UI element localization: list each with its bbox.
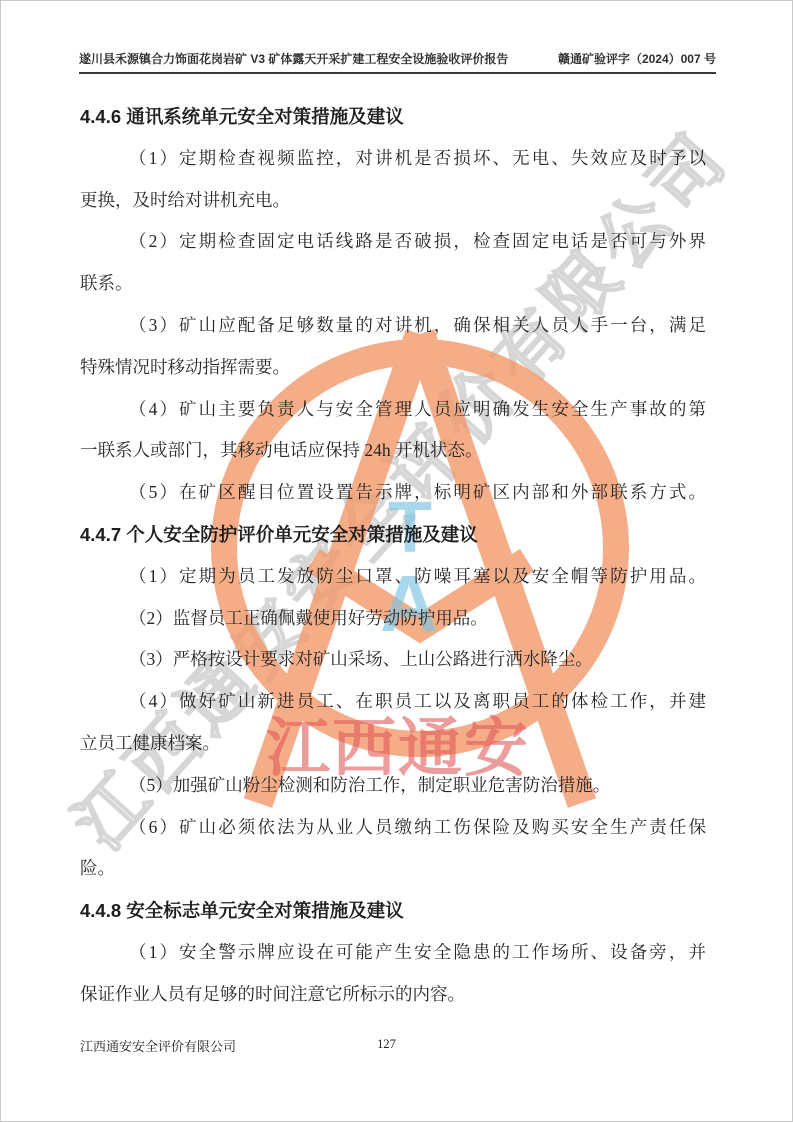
body-line: （1）定期检查视频监控，对讲机是否损坏、无电、失效应及时予以 xyxy=(80,138,706,180)
page-header: 遂川县禾源镇合力饰面花岗岩矿 V3 矿体露天开采扩建工程安全设施验收评价报告 赣… xyxy=(79,50,716,74)
body-line: （1）定期为员工发放防尘口罩、防噪耳塞以及安全帽等防护用品。 xyxy=(80,556,706,598)
body-line: （6）矿山必须依法为从业人员缴纳工伤保险及购买安全生产责任保 xyxy=(80,807,706,849)
body-line: （5）在矿区醒目位置设置告示牌，标明矿区内部和外部联系方式。 xyxy=(80,472,706,514)
footer-page-number: 127 xyxy=(80,1037,693,1052)
body-line: 保证作业人员有足够的时间注意它所标示的内容。 xyxy=(80,974,706,1016)
body-line: （4）做好矿山新进员工、在职员工以及离职员工的体检工作，并建 xyxy=(80,681,706,723)
body-line: （3）矿山应配备足够数量的对讲机，确保相关人员人手一台，满足 xyxy=(80,305,706,347)
body-line: （2）监督员工正确佩戴使用好劳动防护用品。 xyxy=(80,598,706,640)
body-line: （3）严格按设计要求对矿山采场、上山公路进行洒水降尘。 xyxy=(80,639,706,681)
body-line: （1）安全警示牌应设在可能产生安全隐患的工作场所、设备旁，并 xyxy=(80,932,706,974)
body-line: 立员工健康档案。 xyxy=(80,723,706,765)
header-doc-number: 赣通矿验评字（2024）007 号 xyxy=(558,50,716,67)
document-page: 江西通安安全评价有限公司 T A 江西通安 遂川县禾源镇合力饰面花岗岩矿 V3 … xyxy=(0,0,793,1122)
body-line: 特殊情况时移动指挥需要。 xyxy=(80,347,706,389)
body-line: 联系。 xyxy=(80,263,706,305)
body-line: 险。 xyxy=(80,848,706,890)
body-line: 更换，及时给对讲机充电。 xyxy=(80,180,706,222)
header-report-title: 遂川县禾源镇合力饰面花岗岩矿 V3 矿体露天开采扩建工程安全设施验收评价报告 xyxy=(79,50,508,67)
body-line: （2）定期检查固定电话线路是否破损，检查固定电话是否可与外界 xyxy=(80,221,706,263)
body-line: 一联系人或部门，其移动电话应保持 24h 开机状态。 xyxy=(80,430,706,472)
body-line: （4）矿山主要负责人与安全管理人员应明确发生安全生产事故的第 xyxy=(80,389,706,431)
document-body: 4.4.6 通讯系统单元安全对策措施及建议 （1）定期检查视频监控，对讲机是否损… xyxy=(80,96,706,1016)
body-line: （5）加强矿山粉尘检测和防治工作，制定职业危害防治措施。 xyxy=(80,765,706,807)
section-heading: 4.4.6 通讯系统单元安全对策措施及建议 xyxy=(80,96,706,138)
section-heading: 4.4.8 安全标志单元安全对策措施及建议 xyxy=(80,890,706,932)
page-footer: 江西通安安全评价有限公司 127 xyxy=(80,1036,713,1056)
section-heading: 4.4.7 个人安全防护评价单元安全对策措施及建议 xyxy=(80,514,706,556)
